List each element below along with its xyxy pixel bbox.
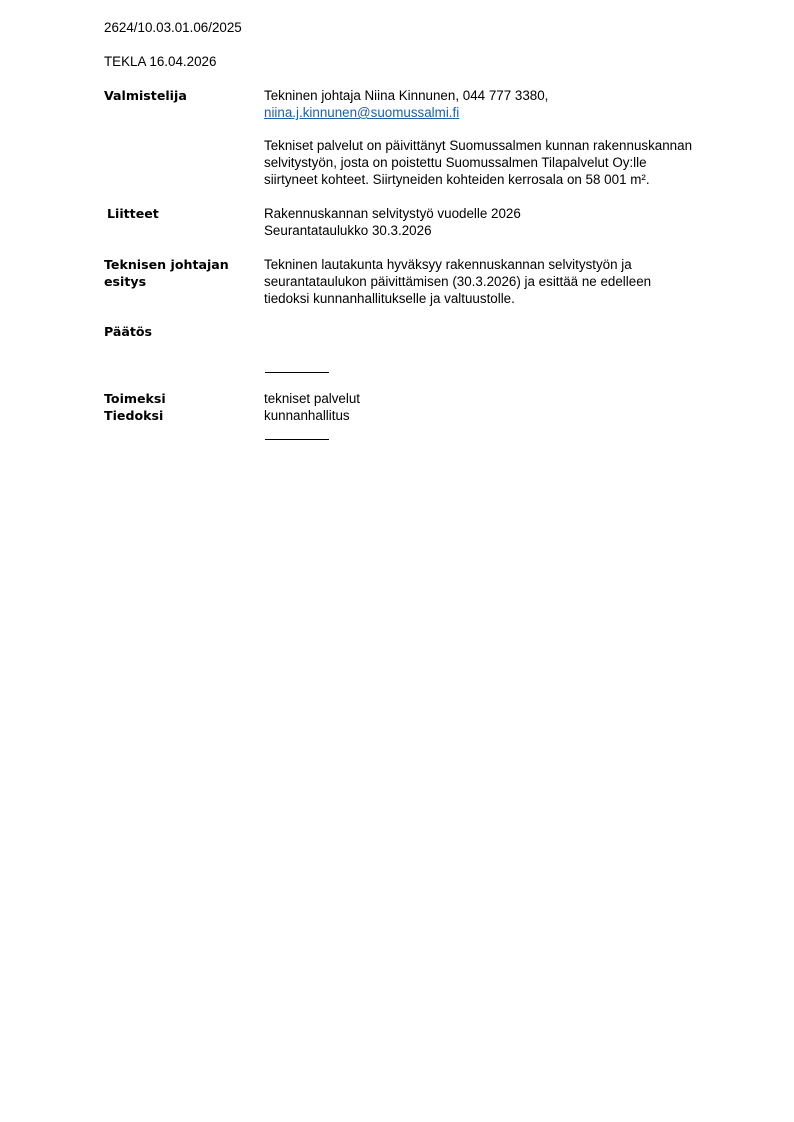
divider-line (265, 439, 329, 440)
valmistelija-body: Tekniset palvelut on päivittänyt Suomuss… (264, 137, 692, 188)
liitteet-label: Liitteet (107, 205, 159, 222)
attachments-list: Rakennuskannan selvitystyö vuodelle 2026… (264, 205, 521, 239)
meeting-date: TEKLA 16.04.2026 (104, 53, 216, 70)
preparer-email-link[interactable]: niina.j.kinnunen@suomussalmi.fi (264, 104, 459, 121)
divider-line (265, 372, 329, 373)
toimeksi-label: Toimeksi (104, 390, 166, 407)
body-line: selvitystyön, josta on poistettu Suomuss… (264, 154, 692, 171)
valmistelija-label: Valmistelija (104, 87, 187, 104)
attachment-item: Rakennuskannan selvitystyö vuodelle 2026 (264, 205, 521, 222)
reference-number: 2624/10.03.01.06/2025 (104, 19, 242, 36)
esitys-label: Teknisen johtajan esitys (104, 256, 229, 290)
paatos-label: Päätös (104, 323, 152, 340)
esitys-text: Tekninen lautakunta hyväksyy rakennuskan… (264, 256, 651, 307)
esitys-line: seurantataulukon päivittämisen (30.3.202… (264, 273, 651, 290)
tiedoksi-label: Tiedoksi (104, 407, 163, 424)
attachment-item: Seurantataulukko 30.3.2026 (264, 222, 521, 239)
body-line: Tekniset palvelut on päivittänyt Suomuss… (264, 137, 692, 154)
esitys-line: Tekninen lautakunta hyväksyy rakennuskan… (264, 256, 651, 273)
tiedoksi-value: kunnanhallitus (264, 407, 350, 424)
body-line: siirtyneet kohteet. Siirtyneiden kohteid… (264, 171, 692, 188)
toimeksi-value: tekniset palvelut (264, 390, 360, 407)
esitys-line: tiedoksi kunnanhallitukselle ja valtuust… (264, 290, 651, 307)
preparer-line: Tekninen johtaja Niina Kinnunen, 044 777… (264, 87, 548, 104)
